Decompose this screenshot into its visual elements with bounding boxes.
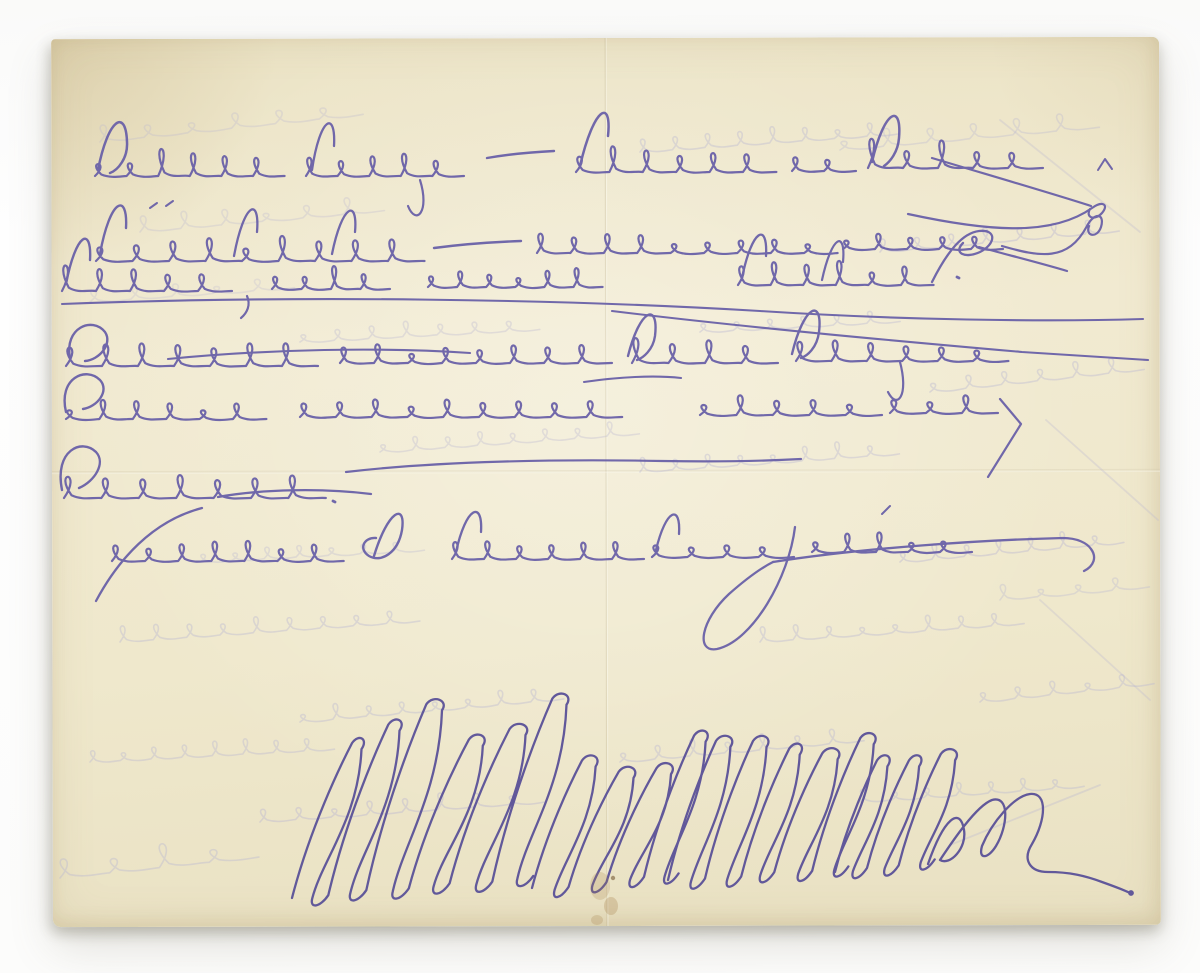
letter-paper bbox=[51, 37, 1161, 927]
vertical-fold-crease bbox=[604, 38, 609, 926]
photo-background: Wiese liegt — Himmel und Wolken drüberhe… bbox=[0, 0, 1200, 973]
